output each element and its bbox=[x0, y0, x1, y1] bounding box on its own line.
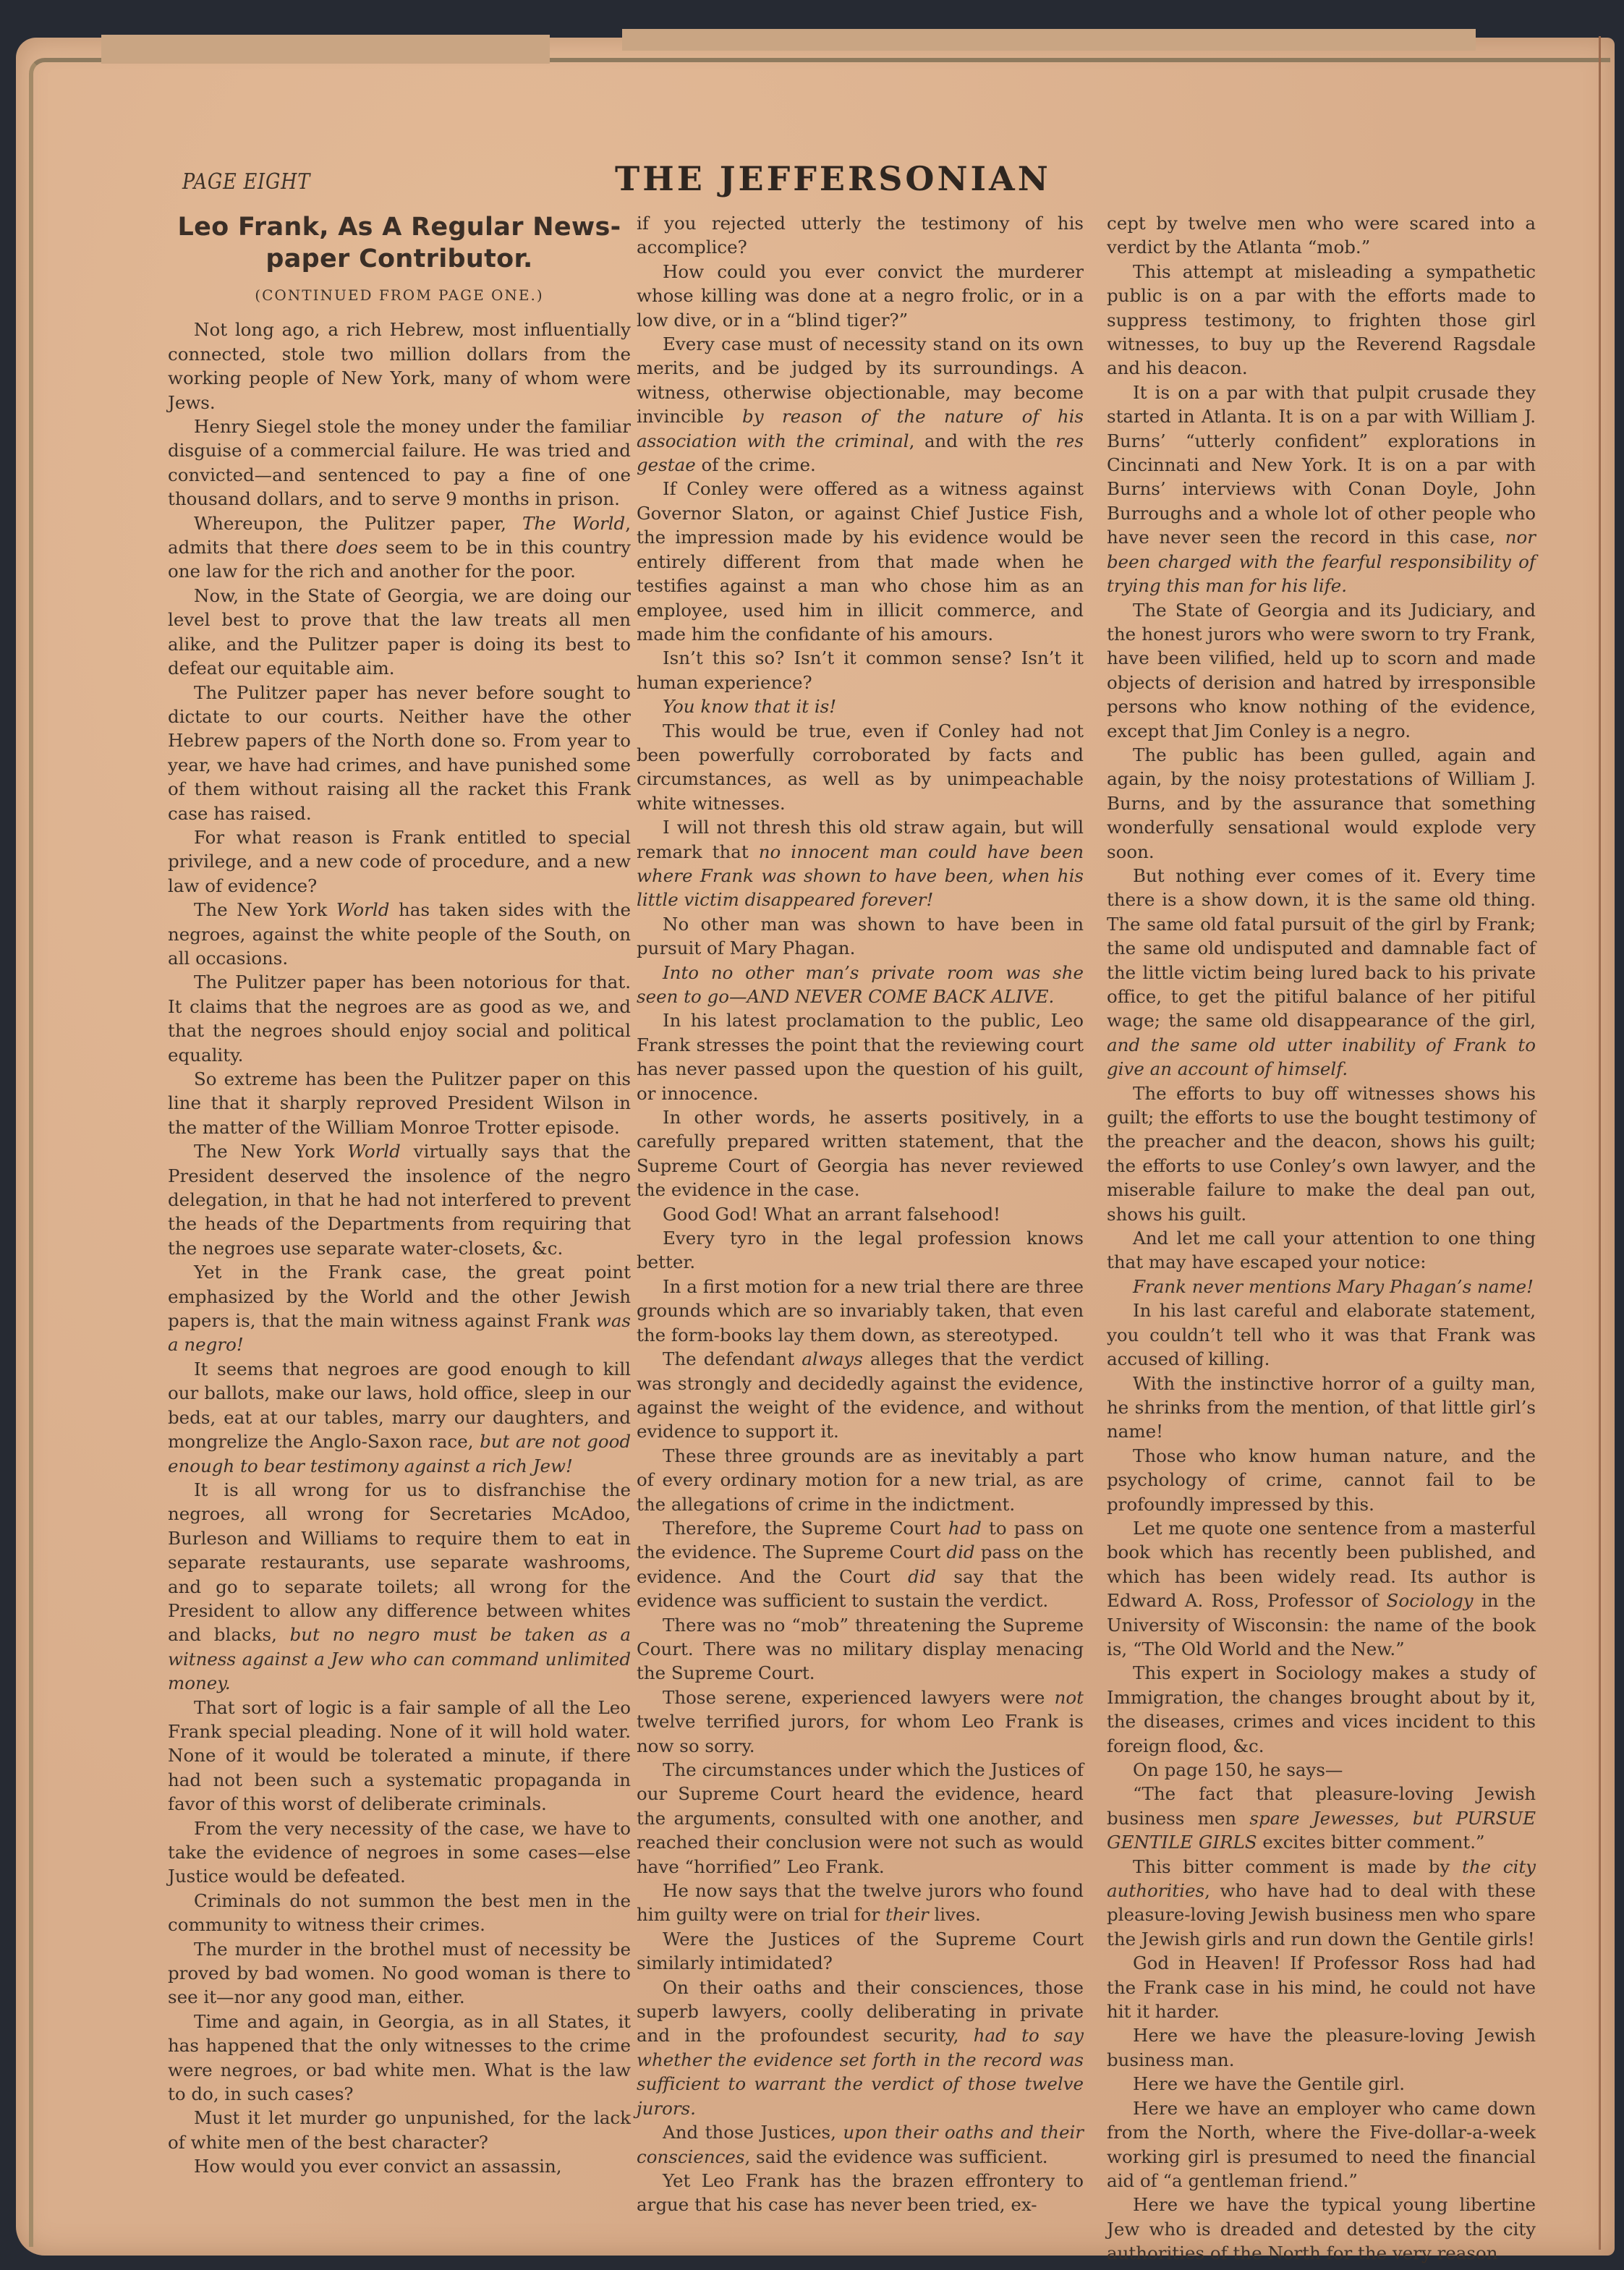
paragraph: Let me quote one sentence from a masterf… bbox=[1107, 1516, 1536, 1661]
paragraph: On their oaths and their consciences, th… bbox=[637, 1976, 1084, 2120]
paragraph: The circumstances under which the Justic… bbox=[637, 1758, 1084, 1879]
paragraph: Now, in the State of Georgia, we are doi… bbox=[168, 584, 631, 681]
paragraph: How could you ever convict the murderer … bbox=[637, 260, 1084, 332]
italic-emphasis: but no negro must be taken as a witness … bbox=[168, 1624, 631, 1693]
continued-note: (CONTINUED FROM PAGE ONE.) bbox=[168, 284, 631, 307]
paragraph: The New York World virtually says that t… bbox=[168, 1139, 631, 1260]
paragraph: Good God! What an arrant falsehood! bbox=[637, 1202, 1084, 1226]
paragraph: In his last careful and elaborate statem… bbox=[1107, 1298, 1536, 1371]
headline-line-1: Leo Frank, As A Regular News- bbox=[168, 211, 631, 243]
paragraph: Yet in the Frank case, the great point e… bbox=[168, 1260, 631, 1357]
paragraph: No other man was shown to have been in p… bbox=[637, 912, 1084, 961]
paragraph: Frank never mentions Mary Phagan’s name! bbox=[1107, 1275, 1536, 1298]
italic-emphasis: You know that it is! bbox=[663, 696, 836, 717]
article-headline: Leo Frank, As A Regular News- paper Cont… bbox=[168, 211, 631, 275]
paragraph: if you rejected utterly the testimony of… bbox=[637, 211, 1084, 260]
italic-emphasis: and the same old utter inability of Fran… bbox=[1107, 1034, 1536, 1079]
paragraph: If Conley were offered as a witness agai… bbox=[637, 477, 1084, 646]
italic-emphasis: nor been charged with the fearful respon… bbox=[1107, 527, 1536, 596]
headline-line-2: paper Contributor. bbox=[168, 243, 631, 275]
italic-emphasis: spare Jewesses, but PURSUE GENTILE GIRLS bbox=[1107, 1808, 1536, 1853]
paragraph: This expert in Sociology makes a study o… bbox=[1107, 1661, 1536, 1758]
paragraph: Isn’t this so? Isn’t it common sense? Is… bbox=[637, 646, 1084, 694]
column-1: Leo Frank, As A Regular News- paper Cont… bbox=[168, 211, 631, 2179]
italic-emphasis: World bbox=[347, 1141, 401, 1162]
paragraph: Here we have the pleasure-loving Jewish … bbox=[1107, 2023, 1536, 2072]
italic-emphasis: was a negro! bbox=[168, 1310, 631, 1355]
paragraph: The public has been gulled, again and ag… bbox=[1107, 743, 1536, 864]
paragraph: The Pulitzer paper has never before soug… bbox=[168, 681, 631, 825]
newspaper-title: THE JEFFERSONIAN bbox=[615, 159, 1051, 198]
italic-emphasis: their bbox=[885, 1904, 929, 1925]
page-number-label: PAGE EIGHT bbox=[182, 169, 310, 195]
column-3: cept by twelve men who were scared into … bbox=[1107, 211, 1536, 2266]
paragraph: “The fact that pleasure-loving Jewish bu… bbox=[1107, 1782, 1536, 1854]
paragraph: The murder in the brothel must of necess… bbox=[168, 1937, 631, 2010]
paragraph: The Pulitzer paper has been notorious fo… bbox=[168, 970, 631, 1067]
paragraph: On page 150, he says— bbox=[1107, 1758, 1536, 1782]
column-2-body: if you rejected utterly the testimony of… bbox=[637, 211, 1084, 2217]
paragraph: The efforts to buy off witnesses shows h… bbox=[1107, 1081, 1536, 1226]
italic-emphasis: Frank never mentions Mary Phagan’s name! bbox=[1133, 1276, 1534, 1297]
paragraph: The defendant always alleges that the ve… bbox=[637, 1347, 1084, 1444]
paragraph: These three grounds are as inevitably a … bbox=[637, 1444, 1084, 1516]
paragraph: Those serene, experienced lawyers were n… bbox=[637, 1686, 1084, 1758]
paragraph: In a first motion for a new trial there … bbox=[637, 1275, 1084, 1347]
paragraph: How would you ever convict an assassin, bbox=[168, 2154, 631, 2178]
paragraph: There was no “mob” threatening the Supre… bbox=[637, 1613, 1084, 1686]
paragraph: Must it let murder go unpunished, for th… bbox=[168, 2106, 631, 2154]
italic-emphasis: had to say whether the evidence set fort… bbox=[637, 2025, 1084, 2118]
paragraph: Were the Justices of the Supreme Court s… bbox=[637, 1927, 1084, 1976]
paragraph: Here we have the typical young libertine… bbox=[1107, 2193, 1536, 2265]
paragraph: Every tyro in the legal profession knows… bbox=[637, 1226, 1084, 1275]
paragraph: Yet Leo Frank has the brazen effrontery … bbox=[637, 2169, 1084, 2217]
paragraph: Into no other man’s private room was she… bbox=[637, 961, 1084, 1009]
paragraph: This attempt at misleading a sympathetic… bbox=[1107, 260, 1536, 381]
paragraph: Time and again, in Georgia, as in all St… bbox=[168, 2010, 631, 2107]
paragraph: He now says that the twelve jurors who f… bbox=[637, 1879, 1084, 1927]
paragraph: cept by twelve men who were scared into … bbox=[1107, 211, 1536, 260]
italic-emphasis: World bbox=[336, 899, 390, 920]
paragraph: For what reason is Frank entitled to spe… bbox=[168, 825, 631, 898]
paragraph: I will not thresh this old straw again, … bbox=[637, 815, 1084, 912]
paragraph: In his latest proclamation to the public… bbox=[637, 1008, 1084, 1105]
italic-emphasis: but are not good enough to bear testimon… bbox=[168, 1431, 631, 1476]
paragraph: Henry Siegel stole the money under the f… bbox=[168, 415, 631, 511]
paragraph: The New York World has taken sides with … bbox=[168, 898, 631, 970]
paragraph: With the instinctive horror of a guilty … bbox=[1107, 1372, 1536, 1444]
italic-emphasis: upon their oaths and their consciences bbox=[637, 2122, 1084, 2167]
italic-emphasis: Into no other man’s private room was she… bbox=[637, 962, 1084, 1007]
paragraph: From the very necessity of the case, we … bbox=[168, 1816, 631, 1889]
italic-emphasis: not bbox=[1055, 1687, 1084, 1708]
italic-emphasis: did bbox=[946, 1542, 974, 1563]
paragraph: That sort of logic is a fair sample of a… bbox=[168, 1696, 631, 1816]
masthead: PAGE EIGHT THE JEFFERSONIAN bbox=[0, 159, 1624, 203]
italic-emphasis: by reason of the nature of his associati… bbox=[637, 406, 1084, 451]
italic-emphasis: The World bbox=[522, 513, 625, 534]
italic-emphasis: Sociology bbox=[1387, 1590, 1474, 1611]
paragraph: Not long ago, a rich Hebrew, most influe… bbox=[168, 318, 631, 415]
column-3-body: cept by twelve men who were scared into … bbox=[1107, 211, 1536, 2266]
paragraph: And those Justices, upon their oaths and… bbox=[637, 2120, 1084, 2169]
paragraph: Criminals do not summon the best men in … bbox=[168, 1889, 631, 1937]
paragraph: It is on a par with that pulpit crusade … bbox=[1107, 381, 1536, 598]
paragraph: The State of Georgia and its Judiciary, … bbox=[1107, 598, 1536, 743]
paragraph: In other words, he asserts positively, i… bbox=[637, 1105, 1084, 1202]
paragraph: And let me call your attention to one th… bbox=[1107, 1226, 1536, 1275]
paragraph: Here we have an employer who came down f… bbox=[1107, 2096, 1536, 2193]
paragraph: But nothing ever comes of it. Every time… bbox=[1107, 864, 1536, 1081]
paragraph: It is all wrong for us to disfranchise t… bbox=[168, 1478, 631, 1696]
column-1-body: Not long ago, a rich Hebrew, most influe… bbox=[168, 318, 631, 2178]
paragraph: This bitter comment is made by the city … bbox=[1107, 1855, 1536, 1952]
italic-emphasis: does bbox=[336, 537, 378, 558]
italic-emphasis: no innocent man could have been where Fr… bbox=[637, 841, 1084, 911]
italic-emphasis: did bbox=[908, 1566, 936, 1587]
paragraph: You know that it is! bbox=[637, 694, 1084, 718]
italic-emphasis: had bbox=[948, 1518, 982, 1539]
paragraph: Those who know human nature, and the psy… bbox=[1107, 1444, 1536, 1516]
paragraph: Whereupon, the Pulitzer paper, The World… bbox=[168, 511, 631, 584]
paragraph: This would be true, even if Conley had n… bbox=[637, 719, 1084, 816]
paragraph: God in Heaven! If Professor Ross had had… bbox=[1107, 1951, 1536, 2023]
paragraph: So extreme has been the Pulitzer paper o… bbox=[168, 1067, 631, 1139]
italic-emphasis: the city authorities bbox=[1107, 1856, 1536, 1901]
column-2: if you rejected utterly the testimony of… bbox=[637, 211, 1084, 2217]
paragraph: Here we have the Gentile girl. bbox=[1107, 2072, 1536, 2096]
paragraph: Therefore, the Supreme Court had to pass… bbox=[637, 1516, 1084, 1613]
italic-emphasis: always bbox=[802, 1348, 862, 1369]
paragraph: It seems that negroes are good enough to… bbox=[168, 1357, 631, 1478]
paragraph: Every case must of necessity stand on it… bbox=[637, 332, 1084, 477]
